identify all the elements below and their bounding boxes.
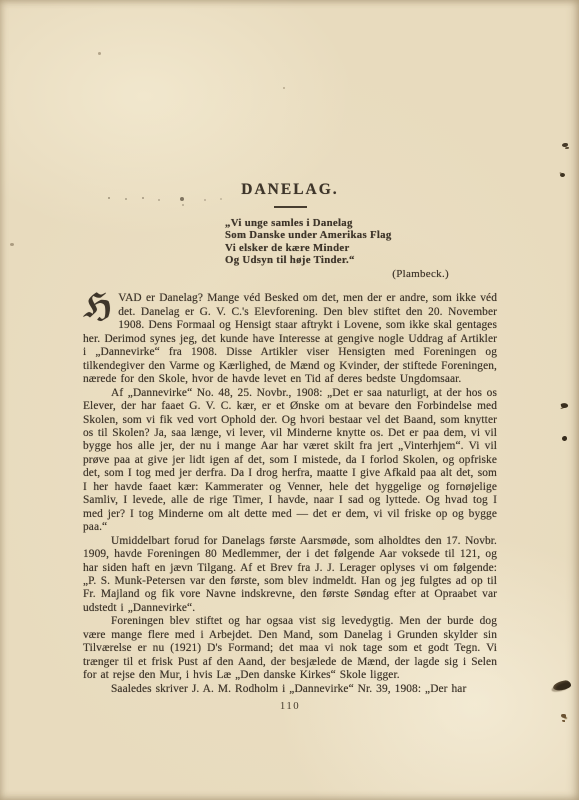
paragraph-text: VAD er Danelag? Mange véd Besked om det,… [83, 292, 497, 385]
ink-blot [561, 714, 566, 718]
chapter-title: DANELAG. [83, 181, 497, 199]
paper-speck [98, 52, 101, 55]
paragraph: Saaledes skriver J. A. M. Rodholm i „Dan… [83, 683, 497, 696]
ink-speck [560, 173, 565, 177]
epigraph-line: „Vi unge samles i Danelag [225, 217, 497, 229]
paragraph: ℌVAD er Danelag? Mange véd Besked om det… [83, 292, 497, 386]
ink-smudge [552, 680, 571, 692]
book-page: DANELAG. „Vi unge samles i Danelag Som D… [0, 0, 579, 800]
ink-mark [560, 402, 568, 409]
page-number: 110 [83, 700, 497, 712]
epigraph-line: Som Danske under Amerikas Flag [225, 229, 497, 241]
epigraph-line: Og Udsyn til høje Tinder.“ [225, 254, 497, 266]
ink-speck [562, 143, 568, 147]
epigraph-attribution: (Plambeck.) [225, 268, 497, 280]
paragraph: Af „Dannevirke“ No. 48, 25. Novbr., 1908… [83, 387, 497, 535]
epigraph: „Vi unge samles i Danelag Som Danske und… [225, 217, 497, 280]
paper-speck [283, 87, 285, 89]
page-content: DANELAG. „Vi unge samles i Danelag Som D… [83, 181, 497, 696]
drop-cap-initial: ℌ [83, 293, 113, 319]
ink-speck [562, 436, 567, 441]
paper-speck [10, 243, 14, 246]
epigraph-line: Vi elsker de kære Minder [225, 242, 497, 254]
title-rule [274, 206, 307, 208]
paragraph: Foreningen blev stiftet og har ogsaa vis… [83, 615, 497, 682]
paragraph: Umiddelbart forud for Danelags første Aa… [83, 535, 497, 616]
body-text: ℌVAD er Danelag? Mange véd Besked om det… [83, 292, 497, 696]
